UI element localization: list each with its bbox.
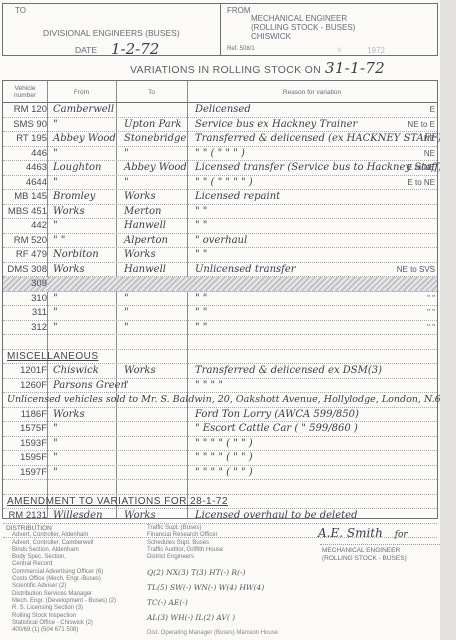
distribution-footer-line: Dist. Operating Manager (Buses) Mansion …	[147, 630, 278, 637]
table-row: RF 479NorbitonWorks" "	[3, 248, 437, 263]
column-header-to: To	[116, 81, 187, 103]
reason: " " " "	[191, 379, 439, 394]
distribution-item: Traffic Supt. (Buses)	[147, 525, 223, 532]
from-garage: "	[49, 306, 117, 321]
reason: " "	[191, 248, 439, 263]
vehicle-number: RM 120	[5, 103, 47, 118]
to-garage	[120, 335, 188, 350]
from-garage: "	[49, 176, 117, 191]
from-garage: "	[49, 292, 117, 307]
to-garage: Upton Park	[120, 118, 188, 133]
table-row: RM 520" "Alperton" overhaul	[3, 234, 437, 249]
distribution-item: Binds Section, Aldenham	[6, 547, 116, 554]
table-row: 4463LoughtonAbbey WoodLicensed transfer …	[3, 161, 437, 176]
distribution-item: Body Spec. Section,	[6, 554, 116, 561]
vehicle-number: DMS 308	[5, 263, 47, 278]
distribution-item: Financial Research Officer	[147, 532, 223, 539]
document-page: TO DIVISIONAL ENGINEERS (BUSES) DATE 1-2…	[0, 0, 440, 640]
garage-codes-line: Q(2) NX(3) T(3) HT(-) R(-)	[147, 569, 245, 576]
distribution-item: Mech. Engr. (Development - Buses) (2)	[6, 598, 116, 605]
section-heading: MISCELLANEOUS	[7, 350, 433, 365]
reason: " " " " ( " " )	[191, 466, 439, 481]
reason	[191, 277, 439, 292]
status-code: " "	[427, 292, 435, 307]
column-header-vehicle: Vehicle number	[3, 81, 47, 103]
table-row: DMS 308WorksHanwellUnlicensed transferNE…	[3, 263, 437, 278]
to-garage: Works	[120, 364, 188, 379]
status-code: " "	[427, 321, 435, 336]
signature: A.E. Smith for	[318, 530, 408, 539]
to-garage	[120, 103, 188, 118]
distribution-column-2: Traffic Supt. (Buses)Financial Research …	[147, 525, 223, 561]
table-row: 312""" "" "	[3, 321, 437, 336]
from-garage: Abbey Wood	[49, 132, 117, 147]
reason: " "	[191, 219, 439, 234]
distribution-item: R. S. Licensing Section (3)	[6, 605, 116, 612]
vehicle-number: RM 520	[5, 234, 47, 249]
from-garage: "	[49, 422, 117, 437]
from-garage: "	[49, 219, 117, 234]
status-code: NE	[424, 147, 435, 162]
reference-number: Ref. 508/1	[227, 46, 255, 52]
column-header-reason: Reason for variation	[187, 81, 437, 103]
reason: Transferred & delicensed (ex HACKNEY STA…	[191, 132, 439, 147]
to-garage	[120, 466, 188, 481]
to-garage: Stonebridge	[120, 132, 188, 147]
from-garage	[49, 335, 117, 350]
table-row: 1201FChiswickWorksTransferred & delicens…	[3, 364, 437, 379]
to-garage: "	[120, 292, 188, 307]
table-row: 1260FParsons Green"" " " "	[3, 379, 437, 394]
distribution-column-1: Advert, Controller, AldenhamAdvert, Cont…	[6, 532, 116, 634]
table-row: 1597F"" " " " ( " " )	[3, 466, 437, 481]
distribution-item: Scientific Adviser (2)	[6, 583, 116, 590]
distribution-item: Advert, Controller, Aldenham	[6, 532, 116, 539]
footer: DISTRIBUTION Advert, Controller, Aldenha…	[0, 522, 440, 640]
signature-for: for	[395, 530, 408, 540]
garage-codes-line: TC(-) AE(-)	[147, 599, 188, 606]
to-garage: Abbey Wood	[120, 161, 188, 176]
vehicle-number: MBS 451	[5, 205, 47, 220]
vehicle-number: 4463	[5, 161, 47, 176]
table-row: 309	[3, 277, 437, 292]
table-row: RM 120CamberwellDelicensedE	[3, 103, 437, 118]
to-garage	[120, 422, 188, 437]
signature-title: MECHANICAL ENGINEER	[322, 547, 400, 554]
distribution-item: Traffic Auditor, Griffith House	[147, 547, 223, 554]
distribution-item: Commercial Advertising Officer (6)	[6, 569, 116, 576]
to-garage	[120, 480, 188, 495]
to-garage	[120, 277, 188, 292]
reason: Ford Ton Lorry (AWCA 599/850)	[191, 408, 439, 423]
from-garage: Works	[49, 205, 117, 220]
table-row: 1575F"" Escort Cattle Car ( " 599/860 )	[3, 422, 437, 437]
table-row: MB 145BromleyWorksLicensed repaint	[3, 190, 437, 205]
reason: " "	[191, 205, 439, 220]
from-line: MECHANICAL ENGINEER	[251, 14, 347, 23]
to-section: TO DIVISIONAL ENGINEERS (BUSES) DATE 1-2…	[3, 4, 221, 55]
reason: " " ( " " " " )	[191, 176, 439, 191]
status-code: NE to SVS	[397, 263, 435, 278]
distribution-item: Rolling Stock Inspection	[6, 613, 116, 620]
variations-table: Vehicle number From To Reason for variat…	[2, 80, 438, 519]
document-title: VARIATIONS IN ROLLING STOCK ON31-1-72	[130, 59, 385, 77]
table-row	[3, 335, 437, 350]
vehicle-number: 309	[5, 277, 47, 292]
reason	[191, 480, 439, 495]
to-garage: Works	[120, 248, 188, 263]
section-row: AMENDMENT TO VARIATIONS FOR 28-1-72	[3, 495, 437, 510]
from-garage: Works	[49, 408, 117, 423]
table-row: 311""" "" "	[3, 306, 437, 321]
from-garage: "	[49, 451, 117, 466]
distribution-item: 400/69 (1) (504 671 508)	[6, 627, 116, 634]
signature-name: A.E. Smith	[318, 526, 383, 540]
vehicle-number: SMS 90	[5, 118, 47, 133]
from-line: (ROLLING STOCK - BUSES)	[251, 23, 355, 32]
table-row: RT 195Abbey WoodStonebridgeTransferred &…	[3, 132, 437, 147]
reason: " " " " ( " " )	[191, 437, 439, 452]
status-code: E to NE	[407, 176, 435, 191]
table-row: 4644""" " ( " " " " )E to NE	[3, 176, 437, 191]
to-garage: "	[120, 321, 188, 336]
vehicle-number: 312	[5, 321, 47, 336]
from-line: CHISWICK	[251, 32, 291, 41]
vehicle-number: 446	[5, 147, 47, 162]
vehicle-number: 1595F	[5, 451, 47, 466]
distribution-item: Distribution Services Manager	[6, 591, 116, 598]
table-row: 442"Hanwell" "	[3, 219, 437, 234]
status-code: NE	[424, 132, 435, 147]
from-garage: Bromley	[49, 190, 117, 205]
section-row: MISCELLANEOUS	[3, 350, 437, 365]
table-row: 446""" " ( " " " )NE	[3, 147, 437, 162]
reason: Licensed repaint	[191, 190, 439, 205]
to-garage: Hanwell	[120, 219, 188, 234]
vehicle-number: 1260F	[5, 379, 47, 394]
table-row: 1186FWorksFord Ton Lorry (AWCA 599/850)	[3, 408, 437, 423]
from-garage: Chiswick	[49, 364, 117, 379]
vehicle-number: 442	[5, 219, 47, 234]
to-garage	[120, 408, 188, 423]
distribution-list: DISTRIBUTION Advert, Controller, Aldenha…	[6, 525, 116, 634]
distribution-item: Costs Office (Mech. Engr.-Buses)	[6, 576, 116, 583]
from-garage: Works	[49, 263, 117, 278]
signature-line	[320, 544, 440, 545]
vehicle-number: 1597F	[5, 466, 47, 481]
from-garage: Norbiton	[49, 248, 117, 263]
vehicle-number: 311	[5, 306, 47, 321]
reason: " "	[191, 292, 439, 307]
title-text: VARIATIONS IN ROLLING STOCK ON	[130, 64, 321, 76]
distribution-heading: DISTRIBUTION	[6, 525, 116, 532]
header-box: TO DIVISIONAL ENGINEERS (BUSES) DATE 1-2…	[2, 3, 438, 56]
reason: " " " " ( " " )	[191, 451, 439, 466]
status-code: E to NE	[407, 161, 435, 176]
table-row: 310""" "" "	[3, 292, 437, 307]
reason	[191, 335, 439, 350]
from-garage: Camberwell	[49, 103, 117, 118]
vehicle-number: RF 479	[5, 248, 47, 263]
vehicle-number: 1575F	[5, 422, 47, 437]
distribution-item: Advert, Controller, Camberwell	[6, 540, 116, 547]
title-date: 31-1-72	[325, 59, 385, 77]
reason: " " ( " " " )	[191, 147, 439, 162]
from-section: FROM MECHANICAL ENGINEER (ROLLING STOCK …	[221, 4, 437, 55]
distribution-item: Schedules Supt. Buses	[147, 540, 223, 547]
to-garage: "	[120, 379, 188, 394]
status-code: NE to E	[407, 118, 435, 133]
from-garage: Parsons Green	[49, 379, 117, 394]
from-label: FROM	[227, 6, 251, 15]
from-garage: "	[49, 466, 117, 481]
garage-codes-line: AL(3) WH(-) IL(2) AV( )	[147, 614, 235, 621]
from-garage	[49, 480, 117, 495]
stamp-letter: K	[338, 48, 342, 54]
distribution-item: District Engineers	[147, 554, 223, 561]
to-garage: Alperton	[120, 234, 188, 249]
reason: " "	[191, 306, 439, 321]
to-label: TO	[15, 6, 26, 15]
table-row: 1595F"" " " " ( " " )	[3, 451, 437, 466]
to-garage: Merton	[120, 205, 188, 220]
from-garage: " "	[49, 234, 117, 249]
table-row	[3, 480, 437, 495]
reason: Service bus ex Hackney Trainer	[191, 118, 439, 133]
date-label: DATE	[75, 45, 97, 55]
to-garage: "	[120, 176, 188, 191]
from-garage: "	[49, 147, 117, 162]
table-row: SMS 90"Upton ParkService bus ex Hackney …	[3, 118, 437, 133]
vehicle-number: MB 145	[5, 190, 47, 205]
status-code: E	[430, 103, 435, 118]
note-row: Unlicensed vehicles sold to Mr. S. Baldw…	[3, 393, 437, 408]
status-code: " "	[427, 306, 435, 321]
reason: Licensed transfer (Service bus to Hackne…	[191, 161, 439, 176]
to-garage: "	[120, 147, 188, 162]
distribution-item: Central Record	[6, 561, 116, 568]
to-garage	[120, 437, 188, 452]
distribution-item: Statistical Office - Chiswick (2)	[6, 620, 116, 627]
garage-codes-line: TL(5) SW(-) WN(-) W(4) HW(4)	[147, 584, 264, 591]
table-row: 1593F"" " " " ( " " )	[3, 437, 437, 452]
vehicle-number: RT 195	[5, 132, 47, 147]
to-garage	[120, 451, 188, 466]
reason: " Escort Cattle Car ( " 599/860 )	[191, 422, 439, 437]
note-text: Unlicensed vehicles sold to Mr. S. Baldw…	[7, 393, 433, 408]
to-garage: Hanwell	[120, 263, 188, 278]
stamp-year: 1972	[367, 46, 385, 55]
to-value: DIVISIONAL ENGINEERS (BUSES)	[43, 28, 180, 38]
reason: Delicensed	[191, 103, 439, 118]
to-garage: Works	[120, 190, 188, 205]
vehicle-number	[5, 480, 47, 495]
vehicle-number: 1186F	[5, 408, 47, 423]
reason: " "	[191, 321, 439, 336]
reason: " overhaul	[191, 234, 439, 249]
from-garage: "	[49, 321, 117, 336]
to-garage: "	[120, 306, 188, 321]
column-header-from: From	[47, 81, 116, 103]
vehicle-number: 310	[5, 292, 47, 307]
from-garage: "	[49, 437, 117, 452]
from-garage: "	[49, 118, 117, 133]
date-value: 1-2-72	[111, 40, 159, 58]
from-garage	[49, 277, 117, 292]
section-heading: AMENDMENT TO VARIATIONS FOR 28-1-72	[7, 495, 433, 510]
vehicle-number: 1593F	[5, 437, 47, 452]
signature-title: (ROLLING STOCK - BUSES)	[322, 555, 407, 562]
vehicle-number	[5, 335, 47, 350]
from-garage: Loughton	[49, 161, 117, 176]
page-edge	[440, 0, 456, 640]
reason: Transferred & delicensed ex DSM(3)	[191, 364, 439, 379]
vehicle-number: 4644	[5, 176, 47, 191]
vehicle-number: 1201F	[5, 364, 47, 379]
table-header: Vehicle number From To Reason for variat…	[3, 81, 437, 103]
table-row: MBS 451WorksMerton" "	[3, 205, 437, 220]
